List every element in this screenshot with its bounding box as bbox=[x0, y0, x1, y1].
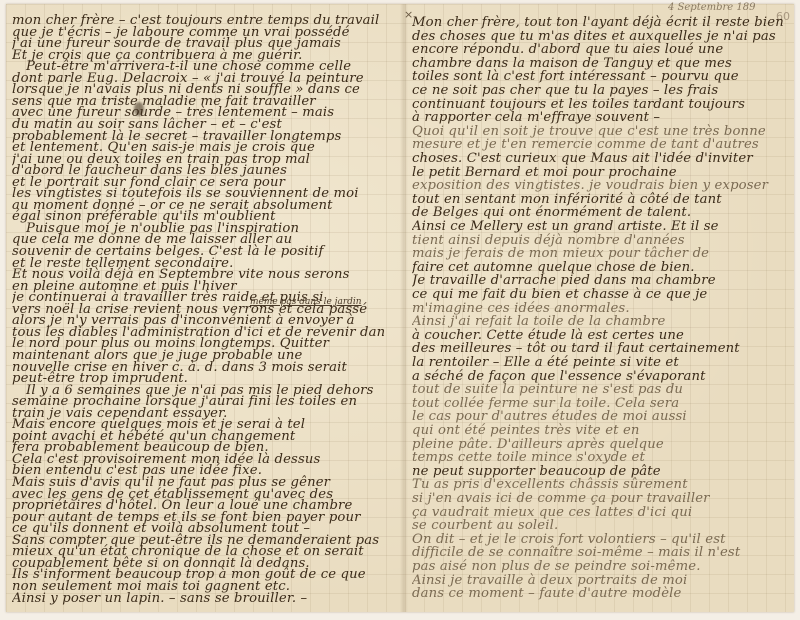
handwritten-line: dans ce moment – faute d'autre modèle bbox=[412, 585, 784, 604]
handwritten-line: Ainsi y poser un lapin. – sans se brouil… bbox=[12, 590, 384, 609]
margin-note: même pas dans le jardin bbox=[250, 297, 380, 307]
right-page: Mon cher frère, tout ton l'ayant déjà éc… bbox=[412, 8, 784, 604]
page-fold bbox=[400, 4, 408, 612]
